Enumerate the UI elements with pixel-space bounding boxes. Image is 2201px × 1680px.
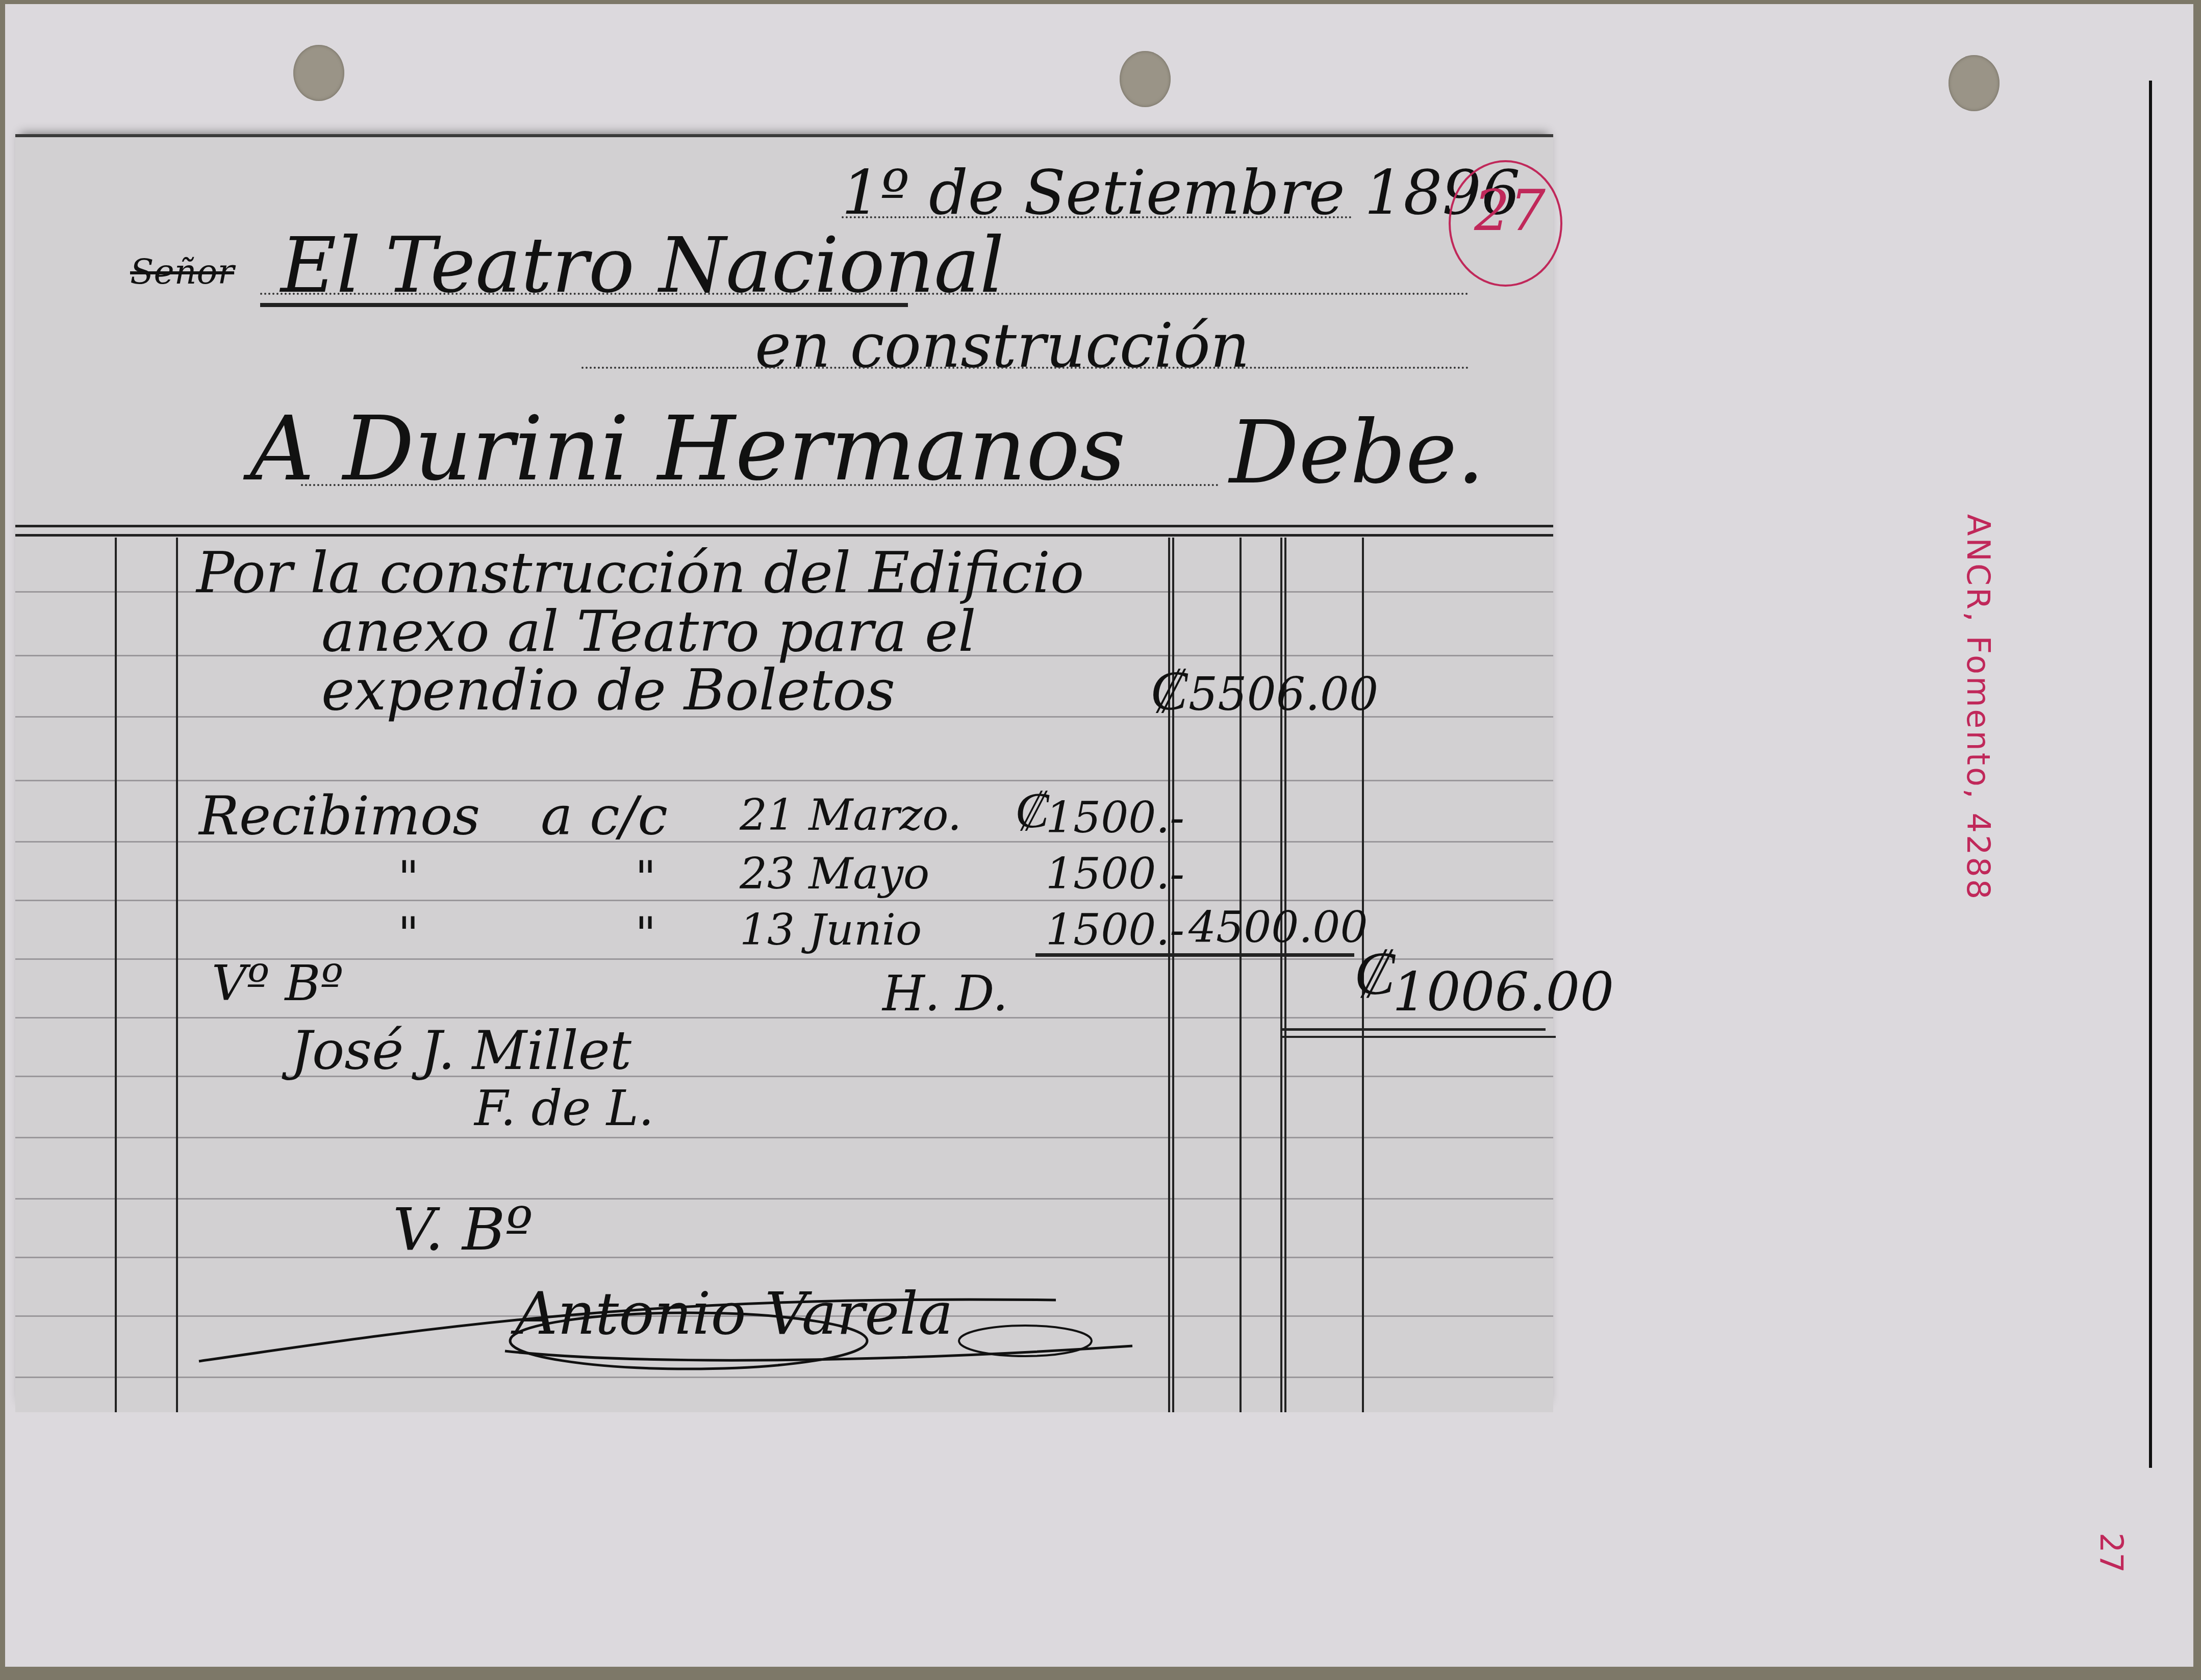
folio-number: 27 — [1474, 178, 1546, 243]
payments-total-underline — [1035, 953, 1354, 957]
creditor-dotted-rule — [301, 484, 1219, 486]
payment-1-amount: 1500.- — [1046, 793, 1184, 843]
payment-3-date: 13 Junio — [740, 905, 922, 955]
entry-description-line-2: anexo al Teatro para el — [321, 599, 976, 664]
entry-currency-symbol: ₡ — [1150, 657, 1187, 723]
column-rule — [176, 538, 178, 1412]
punch-hole-right — [1949, 55, 2000, 111]
addressee2-dotted-rule — [581, 367, 1469, 369]
addressee-name: El Teatro Nacional — [281, 221, 1004, 310]
payment-1-date: 21 Marzo. — [740, 790, 962, 841]
ledger-rule — [15, 1198, 1553, 1200]
payment-3-ditto: " — [398, 907, 419, 961]
invoice-document: 1º de Setiembre 1896 27 Señor El Teatro … — [15, 134, 1553, 1412]
balance-underline — [1280, 1028, 1546, 1031]
entry-description-line-3: expendio de Boletos — [321, 657, 895, 723]
punch-hole-center — [1120, 51, 1171, 107]
addressee-prefix-struck: Señor — [130, 252, 234, 292]
payment-3-ditto-2: " — [635, 907, 656, 961]
addressee-dotted-rule — [260, 293, 1469, 295]
payment-2-ditto-2: " — [635, 851, 656, 905]
entry-description-line-1: Por la construcción del Edificio — [196, 540, 1084, 605]
ledger-rule — [15, 1017, 1553, 1019]
ledger-rule — [15, 900, 1553, 901]
ledger-rule — [15, 1076, 1553, 1077]
archive-sheet: 1º de Setiembre 1896 27 Señor El Teatro … — [5, 4, 2193, 1667]
signature-1: José J. Millet — [291, 1020, 631, 1082]
balance-underline-2 — [1280, 1036, 1556, 1038]
approval-2-label: V. Bº — [393, 1195, 533, 1264]
payments-total: 4500.00 — [1188, 902, 1368, 953]
margin-rule — [2149, 81, 2152, 1468]
archive-page-number: 27 — [2093, 1533, 2130, 1573]
ledger-top-rule-2 — [15, 534, 1553, 537]
signature-1-title: F. de L. — [474, 1081, 654, 1137]
ledger-top-rule — [15, 525, 1553, 527]
entry-amount: 5506.00 — [1188, 668, 1378, 721]
debe-label: Debe. — [1229, 402, 1484, 503]
ledger-rule — [15, 1137, 1553, 1138]
date-dotted-rule — [842, 216, 1352, 218]
payment-1-ref: a c/c — [541, 785, 668, 847]
ledger-rule — [15, 1257, 1553, 1258]
payment-2-amount: 1500.- — [1046, 849, 1184, 899]
ledger-rule — [15, 780, 1553, 781]
payment-2-date: 23 Mayo — [740, 849, 929, 899]
signature-flourish — [189, 1264, 1260, 1392]
payment-1-label: Recibimos — [199, 785, 480, 847]
archive-stamp: ANCR, Fomento, 4288 — [1960, 514, 1997, 901]
payment-1-currency: ₡ — [1015, 780, 1049, 839]
addressee-line2: en construcción — [755, 311, 1250, 381]
payment-3-amount: 1500.- — [1046, 905, 1184, 955]
balance-currency-symbol: ₡ — [1354, 938, 1395, 1009]
approval-1-label: Vº Bº — [212, 956, 343, 1012]
payment-2-ditto: " — [398, 851, 419, 905]
balance-amount: 1006.00 — [1393, 961, 1614, 1023]
column-rule — [115, 538, 117, 1412]
signer-initials: H. D. — [882, 966, 1008, 1022]
addressee-underline — [260, 303, 908, 307]
punch-hole-left — [293, 45, 344, 101]
